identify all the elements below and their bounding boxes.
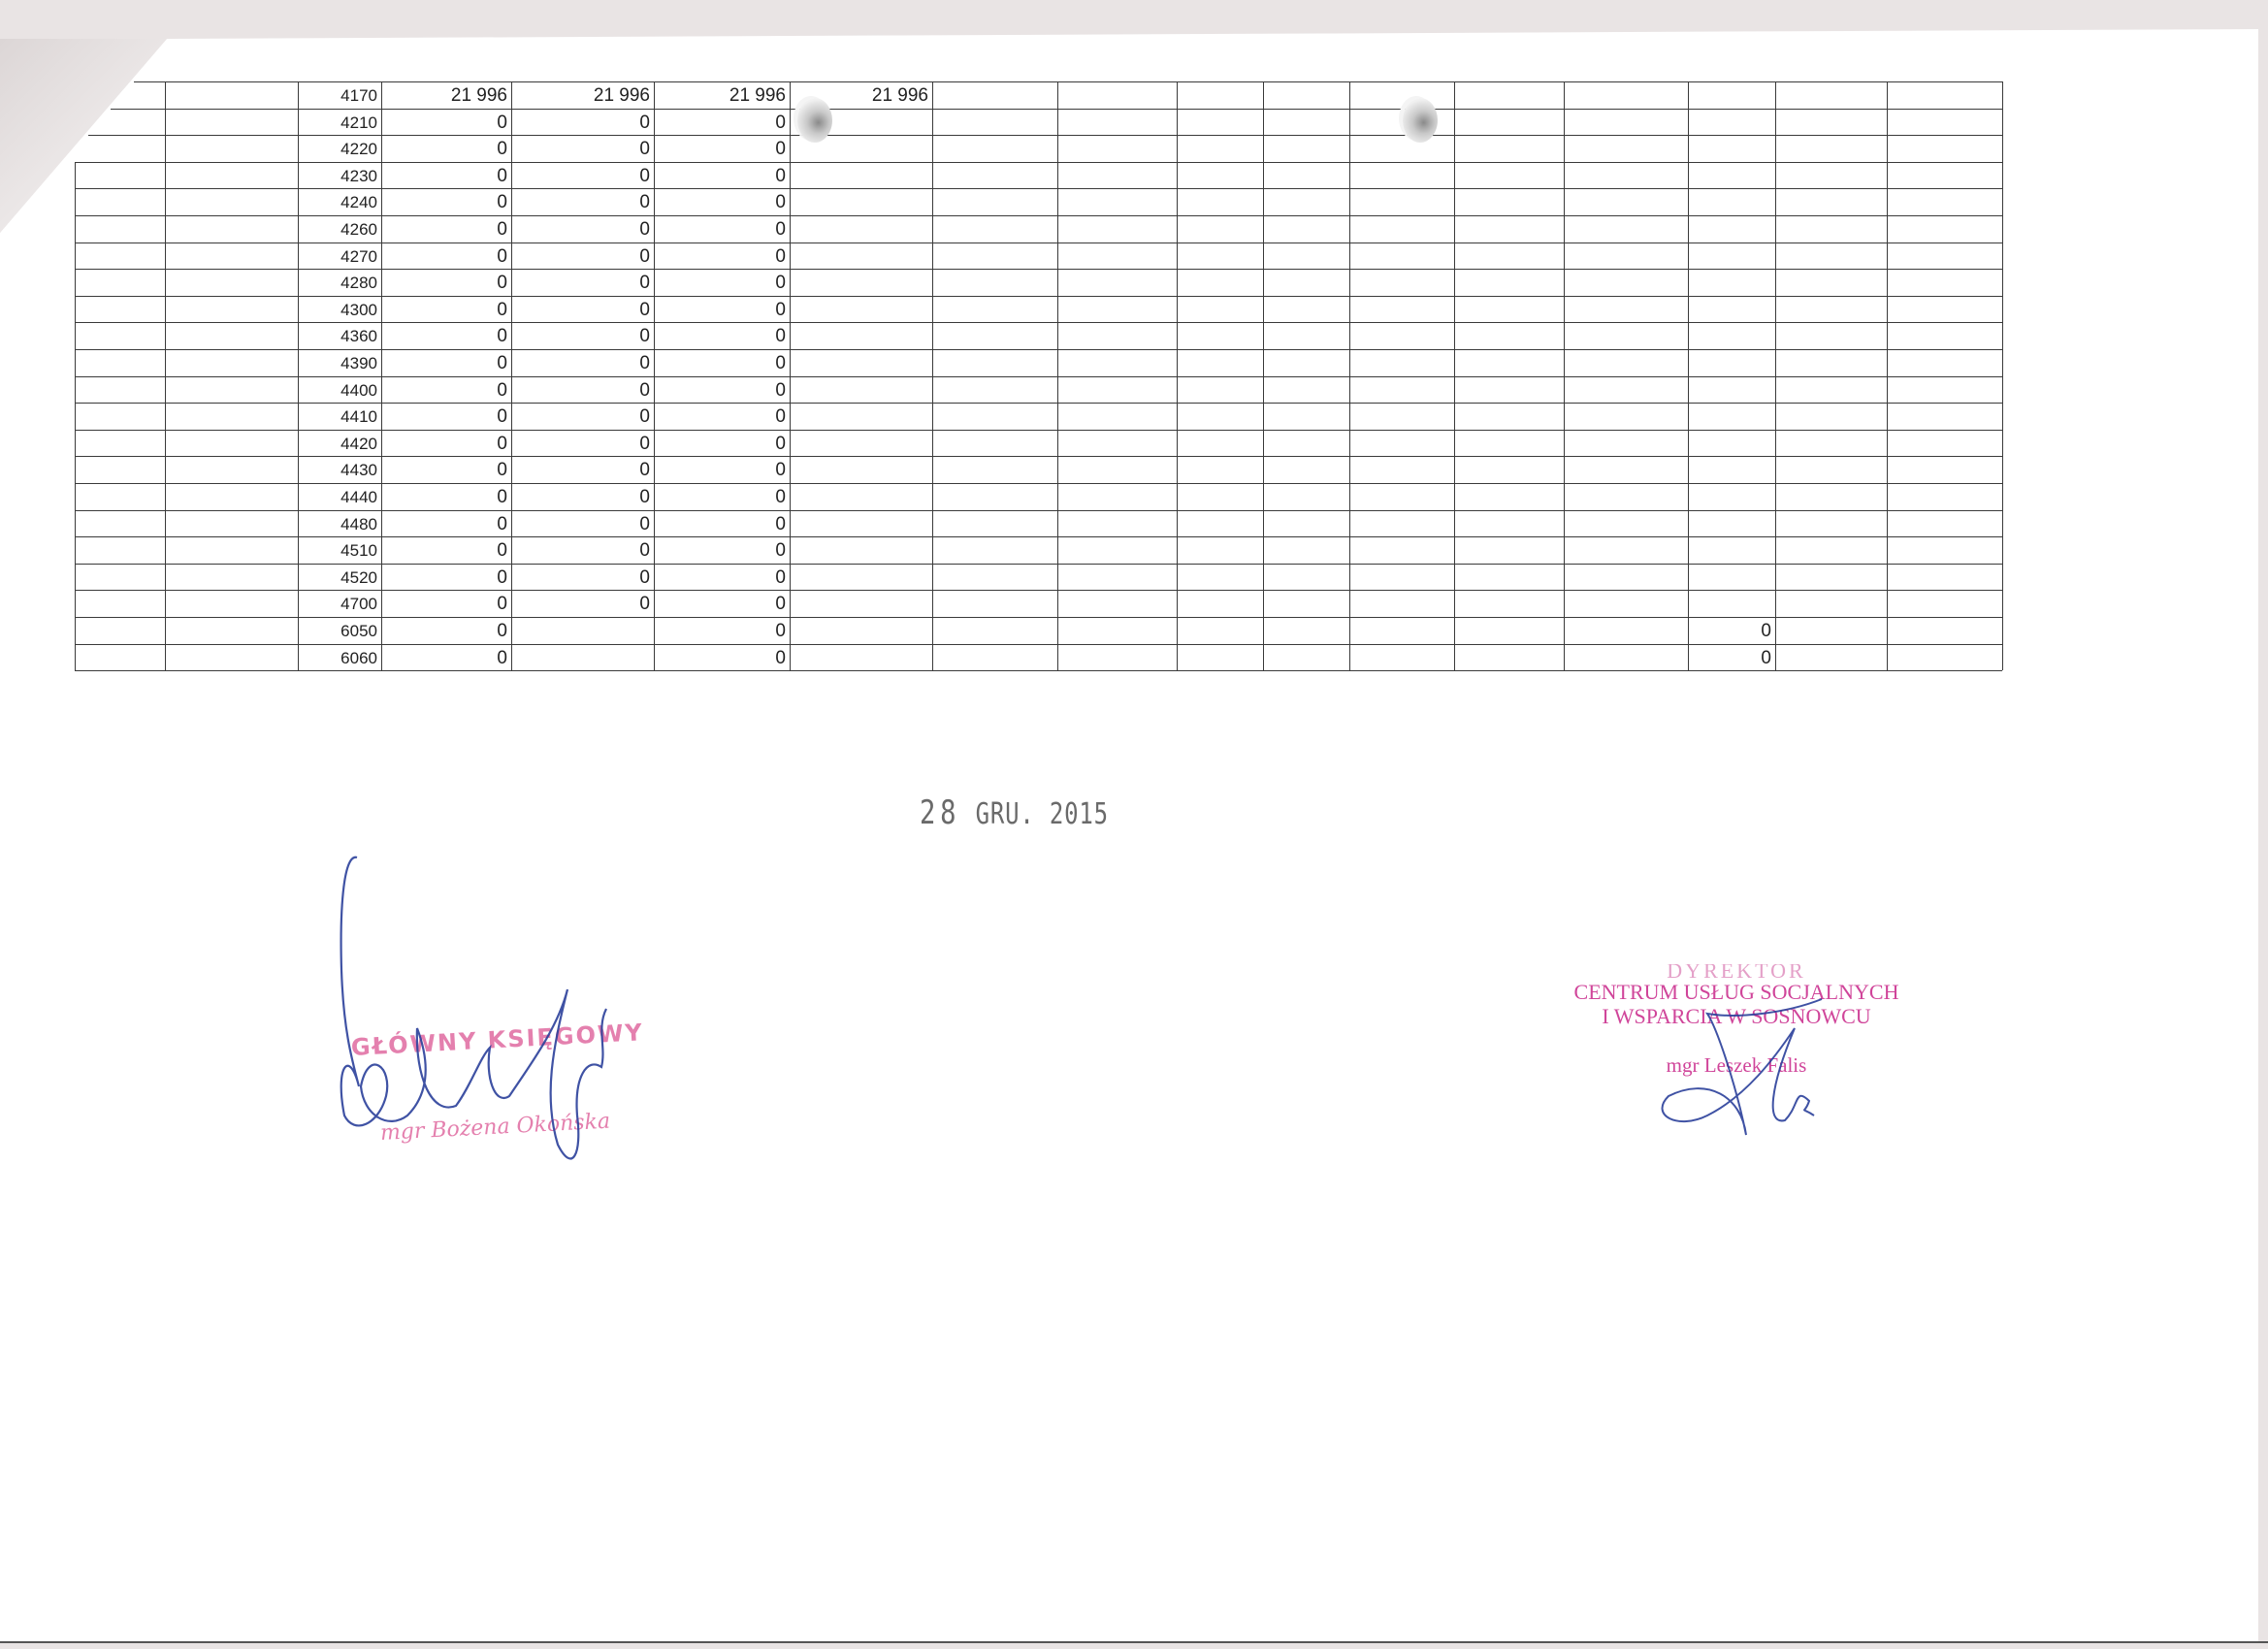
- table-cell-code: 4300: [298, 297, 381, 323]
- table-cell-value: 0: [654, 297, 790, 323]
- table-cell-value: [1688, 323, 1775, 349]
- table-cell-value: 0: [511, 377, 654, 404]
- table-cell-value: [790, 297, 932, 323]
- table-cell-value: 0: [511, 404, 654, 430]
- punch-hole: [1403, 98, 1438, 143]
- table-cell-value: 0: [511, 565, 654, 591]
- budget-table: 417021 99621 99621 99621 996421000042200…: [0, 0, 2268, 1649]
- table-cell-value: [1688, 565, 1775, 591]
- table-cell-value: 0: [511, 270, 654, 296]
- table-cell-value: 0: [654, 431, 790, 457]
- table-cell-value: 0: [654, 136, 790, 162]
- table-cell-value: 0: [654, 457, 790, 483]
- table-cell-value: 0: [511, 216, 654, 242]
- table-cell-value: [1688, 537, 1775, 564]
- table-cell-value: 0: [654, 350, 790, 376]
- table-cell-code: 6060: [298, 645, 381, 671]
- table-cell-value: [790, 457, 932, 483]
- table-cell-value: 0: [511, 110, 654, 136]
- table-cell-value: [790, 565, 932, 591]
- table-cell-value: [790, 484, 932, 510]
- table-cell-value: 0: [511, 297, 654, 323]
- table-column-line: [1349, 81, 1350, 670]
- table-cell-value: 0: [1688, 618, 1775, 644]
- table-cell-value: 0: [654, 243, 790, 270]
- table-column-line: [2002, 81, 2003, 670]
- page-bottom-edge: [0, 1641, 2268, 1649]
- table-cell-value: [790, 377, 932, 404]
- table-column-line: [1887, 81, 1888, 670]
- table-cell-value: 0: [381, 537, 511, 564]
- table-cell-value: 0: [381, 323, 511, 349]
- table-cell-value: 0: [654, 163, 790, 189]
- table-column-line: [75, 162, 76, 670]
- table-cell-value: [790, 404, 932, 430]
- table-column-line: [1263, 81, 1264, 670]
- table-cell-code: 4700: [298, 591, 381, 617]
- table-cell-value: [790, 350, 932, 376]
- table-cell-value: 0: [654, 537, 790, 564]
- director-stamp: DYREKTOR CENTRUM USŁUG SOCJALNYCH I WSPA…: [1552, 964, 1921, 1078]
- table-cell-code: 4170: [298, 82, 381, 109]
- table-cell-code: 4260: [298, 216, 381, 242]
- table-cell-value: 0: [511, 350, 654, 376]
- table-cell-value: [1688, 591, 1775, 617]
- table-cell-value: [790, 537, 932, 564]
- table-cell-code: 4420: [298, 431, 381, 457]
- table-cell-code: 4400: [298, 377, 381, 404]
- table-cell-value: 0: [381, 591, 511, 617]
- table-column-line: [1775, 81, 1776, 670]
- table-column-line: [932, 81, 933, 670]
- table-cell-value: [1688, 270, 1775, 296]
- table-cell-value: [790, 323, 932, 349]
- table-cell-value: 0: [511, 243, 654, 270]
- table-cell-value: 0: [381, 645, 511, 671]
- table-cell-value: 21 996: [381, 82, 511, 109]
- table-cell-value: 0: [381, 404, 511, 430]
- table-cell-value: [1688, 511, 1775, 537]
- table-cell-value: [790, 243, 932, 270]
- table-cell-value: 0: [511, 591, 654, 617]
- director-stamp-line1: CENTRUM USŁUG SOCJALNYCH: [1552, 980, 1921, 1004]
- table-cell-value: 0: [511, 457, 654, 483]
- table-cell-value: 0: [654, 565, 790, 591]
- table-cell-value: 0: [381, 511, 511, 537]
- table-column-line: [1057, 81, 1058, 670]
- table-cell-code: 4270: [298, 243, 381, 270]
- table-cell-value: [1688, 297, 1775, 323]
- table-cell-value: [511, 618, 654, 644]
- table-cell-value: [790, 189, 932, 215]
- table-cell-value: [1688, 404, 1775, 430]
- table-cell-value: 0: [511, 136, 654, 162]
- table-cell-code: 4240: [298, 189, 381, 215]
- table-cell-code: 4390: [298, 350, 381, 376]
- table-cell-value: 0: [511, 323, 654, 349]
- table-cell-value: 0: [381, 377, 511, 404]
- director-stamp-title: DYREKTOR: [1552, 964, 1921, 980]
- table-cell-value: [790, 511, 932, 537]
- table-cell-value: 0: [511, 511, 654, 537]
- table-cell-value: 0: [381, 189, 511, 215]
- table-cell-value: 0: [381, 110, 511, 136]
- table-cell-value: 0: [654, 645, 790, 671]
- table-cell-value: 0: [381, 457, 511, 483]
- table-cell-value: [1688, 377, 1775, 404]
- table-cell-value: 0: [654, 484, 790, 510]
- table-cell-value: 21 996: [654, 82, 790, 109]
- table-cell-value: [1688, 431, 1775, 457]
- table-cell-value: 0: [654, 377, 790, 404]
- table-cell-value: 0: [654, 216, 790, 242]
- table-cell-value: 0: [381, 297, 511, 323]
- table-cell-value: 0: [381, 136, 511, 162]
- table-cell-code: 4410: [298, 404, 381, 430]
- table-cell-value: [1688, 136, 1775, 162]
- punch-hole: [797, 98, 832, 143]
- table-cell-code: 6050: [298, 618, 381, 644]
- table-cell-value: 0: [654, 511, 790, 537]
- table-cell-value: [790, 270, 932, 296]
- table-cell-code: 4360: [298, 323, 381, 349]
- table-cell-value: [1688, 216, 1775, 242]
- table-cell-value: 0: [654, 270, 790, 296]
- table-cell-value: [1688, 110, 1775, 136]
- table-cell-code: 4430: [298, 457, 381, 483]
- table-cell-value: [790, 591, 932, 617]
- table-cell-value: 0: [511, 537, 654, 564]
- table-cell-value: 0: [381, 350, 511, 376]
- table-cell-value: [790, 216, 932, 242]
- table-cell-value: 0: [511, 189, 654, 215]
- table-column-line: [1454, 81, 1455, 670]
- table-cell-value: [1688, 350, 1775, 376]
- table-cell-code: 4280: [298, 270, 381, 296]
- table-cell-value: 0: [511, 431, 654, 457]
- director-stamp-line2: I WSPARCIA W SOSNOWCU: [1552, 1004, 1921, 1028]
- date-stamp: 28 GRU. 2015: [920, 793, 1109, 832]
- table-cell-value: [1688, 189, 1775, 215]
- table-cell-value: 0: [654, 323, 790, 349]
- table-cell-code: 4510: [298, 537, 381, 564]
- director-stamp-name: mgr Leszek Falis: [1552, 1053, 1921, 1078]
- table-cell-value: [1688, 163, 1775, 189]
- table-cell-value: 0: [381, 431, 511, 457]
- date-stamp-month-year: GRU. 2015: [976, 797, 1109, 831]
- table-cell-code: 4520: [298, 565, 381, 591]
- date-stamp-day: 28: [920, 793, 960, 832]
- table-cell-value: 0: [381, 618, 511, 644]
- table-column-line: [1564, 81, 1565, 670]
- table-cell-value: 0: [654, 618, 790, 644]
- table-cell-value: 0: [381, 216, 511, 242]
- table-cell-value: 0: [381, 270, 511, 296]
- table-cell-value: [1688, 243, 1775, 270]
- table-cell-value: 0: [654, 404, 790, 430]
- table-cell-value: 0: [381, 565, 511, 591]
- table-cell-code: 4230: [298, 163, 381, 189]
- table-cell-value: 0: [381, 243, 511, 270]
- table-cell-value: [790, 163, 932, 189]
- table-cell-value: [1688, 82, 1775, 109]
- table-cell-code: 4220: [298, 136, 381, 162]
- table-cell-code: 4480: [298, 511, 381, 537]
- table-cell-value: 0: [654, 189, 790, 215]
- table-cell-code: 4440: [298, 484, 381, 510]
- table-cell-value: [790, 645, 932, 671]
- table-cell-value: 0: [654, 591, 790, 617]
- table-cell-code: 4210: [298, 110, 381, 136]
- table-cell-value: [1688, 457, 1775, 483]
- table-cell-value: [511, 645, 654, 671]
- table-cell-value: [1688, 484, 1775, 510]
- table-cell-value: 0: [511, 484, 654, 510]
- table-cell-value: 0: [511, 163, 654, 189]
- table-cell-value: 0: [381, 484, 511, 510]
- table-cell-value: [790, 431, 932, 457]
- table-column-line: [1177, 81, 1178, 670]
- table-cell-value: 21 996: [511, 82, 654, 109]
- table-column-line: [165, 81, 166, 670]
- table-cell-value: 0: [1688, 645, 1775, 671]
- table-cell-value: [790, 618, 932, 644]
- table-cell-value: 0: [381, 163, 511, 189]
- table-cell-value: 0: [654, 110, 790, 136]
